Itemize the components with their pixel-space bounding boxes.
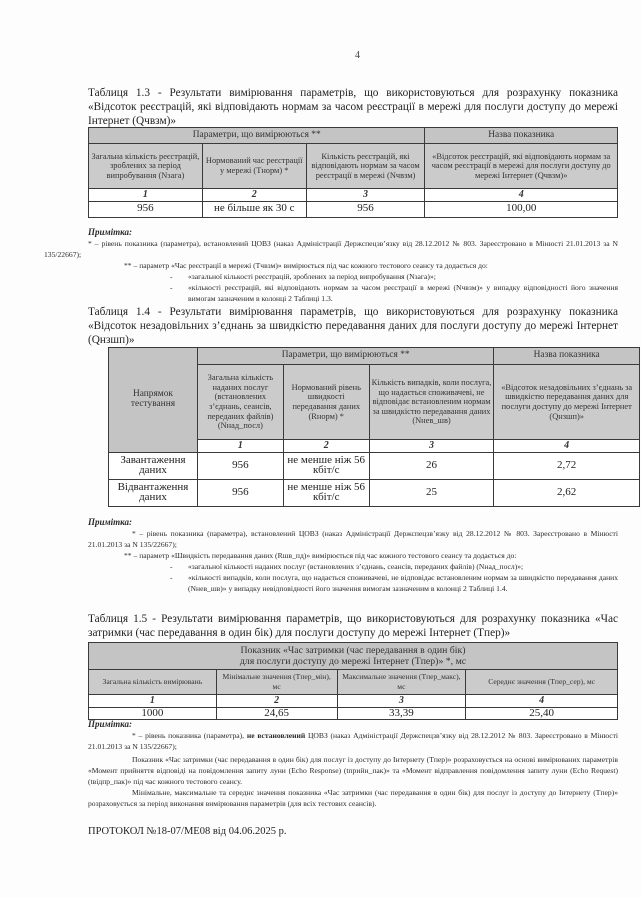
- note-item: «кількості випадків, коли послуга, що на…: [188, 573, 618, 593]
- table-1-4-col-header: Загальна кількість наданих послуг (встан…: [197, 365, 283, 440]
- table-1-5-col-number: 1: [89, 695, 217, 708]
- table-1-4-direction: Відвантаження даних: [109, 479, 198, 506]
- table-1-3: Параметри, що вимірюються ** Назва показ…: [88, 127, 618, 218]
- table-1-3-notes: Примітка: * – рівень показника (параметр…: [88, 227, 618, 304]
- table-1-3-col-header: Загальна кількість реєстрацій, зроблених…: [89, 144, 203, 189]
- table-1-3-col-number: 2: [202, 189, 306, 202]
- protocol-footer: ПРОТОКОЛ №18-07/МЕ08 від 04.06.2025 р.: [88, 826, 286, 837]
- note-label: Примітка:: [88, 517, 618, 528]
- document-page: 4 Таблиця 1.3 - Результати вимірювання п…: [0, 0, 641, 897]
- table-1-5-col-number: 2: [216, 695, 337, 708]
- table-1-4-col-header: Кількість випадків, коли послуга, що над…: [369, 365, 494, 440]
- table-1-5: Показник «Час затримки (час передавання …: [88, 642, 618, 720]
- table-1-5-col-header: Середнє значення (Tпер_сер), мс: [466, 670, 618, 695]
- table-1-3-caption: Таблиця 1.3 - Результати вимірювання пар…: [88, 86, 618, 128]
- table-1-5-cell: 33,39: [337, 707, 466, 720]
- table-1-4-cell: 2,72: [494, 452, 640, 479]
- table-1-4-col-number: 1: [197, 440, 283, 453]
- table-1-3-cell: 956: [89, 201, 203, 217]
- note-label: Примітка:: [88, 227, 618, 238]
- table-1-5-caption: Таблиця 1.5 - Результати вимірювання пар…: [88, 612, 618, 640]
- table-1-4-indicator-header: Назва показника: [494, 348, 640, 365]
- table-1-4-cell: 26: [369, 452, 494, 479]
- table-1-4-cell: 2,62: [494, 479, 640, 506]
- note-label: Примітка:: [88, 719, 618, 730]
- table-1-4-cell: 25: [369, 479, 494, 506]
- table-1-5-header-line2: для послуги доступу до мережі Інтернет (…: [91, 656, 615, 667]
- table-1-3-cell: не більше як 30 с: [202, 201, 306, 217]
- table-1-5-col-number: 3: [337, 695, 466, 708]
- table-1-3-indicator-header: Назва показника: [425, 128, 618, 144]
- table-1-4-col-number: 3: [369, 440, 494, 453]
- table-1-4-col-header: Нормований рівень швидкості передавання …: [283, 365, 369, 440]
- table-1-3-col-header: Кількість реєстрацій, які відповідають н…: [306, 144, 425, 189]
- note-star-prefix: * – рівень показника (параметра),: [88, 731, 244, 740]
- page-number: 4: [355, 50, 360, 61]
- table-1-5-header: Показник «Час затримки (час передавання …: [89, 643, 618, 670]
- note-paragraph: Мінімальне, максимальне та середнє значе…: [88, 787, 618, 809]
- table-1-3-cell: 956: [306, 201, 425, 217]
- table-1-5-col-header: Загальна кількість вимірювань: [89, 670, 217, 695]
- table-1-3-cell: 100,00: [425, 201, 618, 217]
- note-item: «загальної кількості наданих послуг (вст…: [188, 562, 523, 571]
- table-1-4-cell: 956: [197, 479, 283, 506]
- table-1-4-col-number: 2: [283, 440, 369, 453]
- table-1-5-cell: 1000: [89, 707, 217, 720]
- note-star: * – рівень показника (параметра), встано…: [88, 529, 618, 549]
- table-1-4-cell: не менше ніж 56 кбіт/с: [283, 452, 369, 479]
- table-1-5-col-number: 4: [466, 695, 618, 708]
- table-1-4-direction-header: Напрямок тестування: [109, 348, 198, 453]
- note-double-star: ** – параметр «Швидкість передавання дан…: [88, 550, 618, 561]
- table-1-3-col-header: «Відсоток реєстрацій, які відповідають н…: [425, 144, 618, 189]
- table-1-4-caption: Таблиця 1.4 - Результати вимірювання пар…: [88, 305, 618, 347]
- table-1-5-header-line1: Показник «Час затримки (час передавання …: [91, 645, 615, 656]
- table-1-5-cell: 25,40: [466, 707, 618, 720]
- table-1-3-col-number: 1: [89, 189, 203, 202]
- note-paragraph: Показник «Час затримки (час передавання …: [88, 754, 618, 787]
- note-item: «загальної кількості реєстрацій, зроблен…: [188, 272, 436, 281]
- table-row: Завантаження даних 956 не менше ніж 56 к…: [109, 452, 640, 479]
- table-1-5-cell: 24,65: [216, 707, 337, 720]
- table-1-4-cell: не менше ніж 56 кбіт/с: [283, 479, 369, 506]
- table-1-5-col-header: Максимальне значення (Tпер_макс), мс: [337, 670, 466, 695]
- table-1-4-group-header: Параметри, що вимірюються **: [197, 348, 493, 365]
- table-1-4-col-header: «Відсоток незадовільних з’єднань за швид…: [494, 365, 640, 440]
- table-1-3-col-number: 3: [306, 189, 425, 202]
- note-double-star: ** – параметр «Час реєстрації в мережі (…: [88, 260, 618, 271]
- table-1-4-notes: Примітка: * – рівень показника (параметр…: [88, 517, 618, 594]
- table-1-4-direction: Завантаження даних: [109, 452, 198, 479]
- table-1-3-col-number: 4: [425, 189, 618, 202]
- table-1-4: Напрямок тестування Параметри, що вимірю…: [108, 347, 640, 507]
- table-1-5-notes: Примітка: * – рівень показника (параметр…: [88, 719, 618, 809]
- table-1-4-cell: 956: [197, 452, 283, 479]
- note-item: «кількості реєстрацій, які відповідають …: [188, 283, 618, 303]
- note-star: * – рівень показника (параметра), встано…: [44, 239, 618, 259]
- table-row: Відвантаження даних 956 не менше ніж 56 …: [109, 479, 640, 506]
- table-1-3-group-header: Параметри, що вимірюються **: [89, 128, 425, 144]
- table-1-3-col-header: Нормований час реєстрації у мережі (Tнор…: [202, 144, 306, 189]
- table-1-5-col-header: Мінімальне значення (Tпер_мін), мс: [216, 670, 337, 695]
- table-1-4-col-number: 4: [494, 440, 640, 453]
- note-star-bold: не встановлений: [247, 731, 305, 740]
